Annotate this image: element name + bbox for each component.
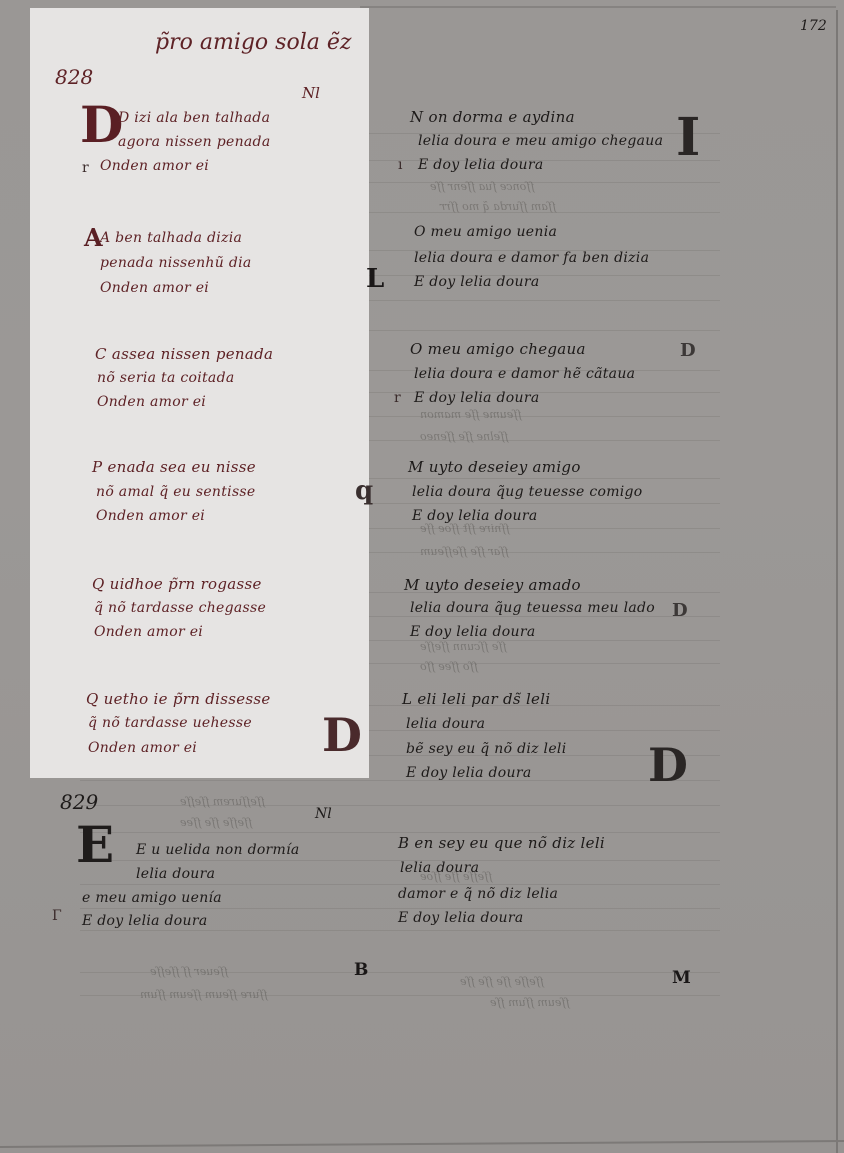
verse-line: e meu amigo uenía: [82, 890, 222, 906]
verse-line: Onden amor ei: [100, 280, 209, 296]
verse-line: lelia doura: [406, 716, 485, 732]
verse-line: D izi ala ben talhada: [118, 110, 270, 126]
decorated-initial: D: [80, 100, 123, 150]
poem-number-829: 829: [60, 790, 98, 814]
verse-line: Onden amor ei: [97, 394, 206, 410]
verse-line: lelia doura q̃ug teuessa meu lado: [410, 600, 655, 616]
decorated-initial: E: [76, 820, 114, 870]
verse-line: E doy lelia doura: [410, 624, 535, 640]
guide-letter: B: [354, 962, 368, 979]
verse-line: P enada sea eu nisse: [92, 458, 256, 476]
verse-line: penada nissenhũ dia: [100, 255, 252, 271]
verse-line: Onden amor ei: [100, 158, 209, 174]
guide-letter: L: [366, 266, 384, 292]
guide-letter: M: [672, 970, 691, 987]
folio-mark: 172: [800, 18, 827, 34]
verse-line: lelia doura: [400, 860, 479, 876]
verse-line: C assea nissen penada: [95, 345, 273, 363]
verse-line: Onden amor ei: [96, 508, 205, 524]
guide-letter: D: [680, 342, 696, 360]
verse-line: O meu amigo chegaua: [410, 340, 586, 358]
verse-line: damor e q̃ nõ diz lelia: [398, 886, 558, 902]
verse-line: Onden amor ei: [94, 624, 203, 640]
poem-number-828: 828: [55, 65, 93, 89]
verse-line: O meu amigo uenia: [414, 224, 557, 240]
verse-line: E doy lelia doura: [398, 910, 523, 926]
verse-line: E u uelida non dormía: [136, 842, 300, 858]
verse-line: Q uidhoe p̃rn rogasse: [92, 575, 262, 593]
page-bottom-edge: [0, 1140, 844, 1148]
verse-line: lelia doura e damor fa ben dizia: [414, 250, 649, 266]
verse-line: lelia doura q̃ug teuesse comigo: [412, 484, 643, 500]
verse-line: q̃ nõ tardasse chegasse: [94, 600, 266, 616]
verse-line: nõ amal q̃ eu sentisse: [96, 484, 256, 500]
verse-line: M uyto deseiey amado: [404, 576, 581, 594]
manuscript-page: ſſec nunca ſuam d̃ ſer ſſenda mamen ſele…: [0, 0, 844, 1153]
guide-letter: D: [672, 602, 688, 620]
verse-line: E doy lelia doura: [418, 157, 543, 173]
verse-line: Q uetho ie p̃rn dissesse: [86, 690, 271, 708]
verse-line: agora nissen penada: [118, 134, 270, 150]
verse-line: nõ seria ta coitada: [97, 370, 234, 386]
author-note: p̃ro amigo sola ẽz: [155, 30, 351, 55]
verse-line: Onden amor ei: [88, 740, 197, 756]
marginal-mark: Nl: [302, 84, 320, 102]
large-initial: I: [676, 112, 700, 164]
verse-line: E doy lelia doura: [414, 274, 539, 290]
page-top-edge: [360, 6, 836, 8]
marginal-mark: Nl: [315, 806, 332, 822]
verse-line: q̃ nõ tardasse uehesse: [88, 715, 252, 731]
verse-line: lelia doura e meu amigo chegaua: [418, 133, 663, 149]
verse-line: L eli leli par ds̃ leli: [402, 690, 550, 708]
large-initial: D: [648, 742, 688, 788]
guide-letter: q: [355, 478, 373, 504]
guide-letter: D: [322, 712, 362, 758]
verse-line: E doy lelia doura: [414, 390, 539, 406]
verse-line: M uyto deseiey amigo: [408, 458, 581, 476]
verse-line: E doy lelia doura: [82, 913, 207, 929]
verse-line: E doy lelia doura: [412, 508, 537, 524]
page-right-edge: [836, 10, 838, 1153]
verse-line: E doy lelia doura: [406, 765, 531, 781]
verse-line: lelia doura e damor hẽ cãtaua: [414, 366, 635, 382]
verse-line: A ben talhada dizia: [100, 230, 242, 246]
verse-line: B en sey eu que nõ diz leli: [398, 834, 605, 852]
verse-line: bẽ sey eu q̃ nõ diz leli: [406, 741, 566, 757]
verse-line: N on dorma e aydina: [410, 108, 575, 126]
verse-line: lelia doura: [136, 866, 215, 882]
